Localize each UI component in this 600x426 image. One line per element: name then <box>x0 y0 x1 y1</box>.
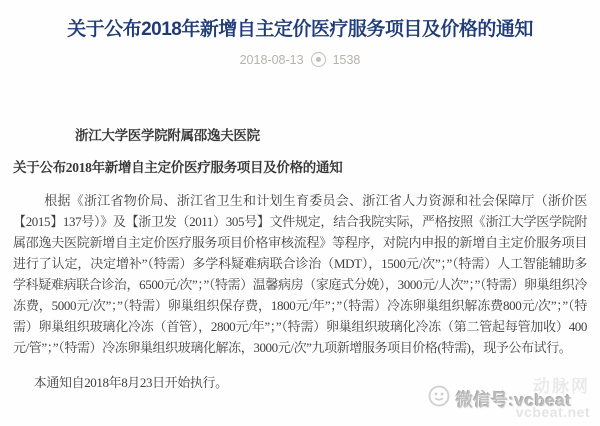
document-body: 浙江大学医学院附属邵逸夫医院 关于公布2018年新增自主定价医疗服务项目及价格的… <box>0 124 600 393</box>
notice-subject-line: 关于公布2018年新增自主定价医疗服务项目及价格的通知 <box>13 156 587 176</box>
article-header: 关于公布2018年新增自主定价医疗服务项目及价格的通知 2018-08-13 1… <box>0 0 600 67</box>
hospital-name-line: 浙江大学医学院附属邵逸夫医院 <box>13 124 587 144</box>
publish-date: 2018-08-13 <box>240 53 304 67</box>
article-page: 关于公布2018年新增自主定价医疗服务项目及价格的通知 2018-08-13 1… <box>0 0 600 426</box>
notice-main-paragraph: 根据《浙江省物价局、浙江省卫生和计划生育委员会、浙江省人力资源和社会保障厅（浙价… <box>13 190 587 358</box>
view-count: 1538 <box>333 53 361 67</box>
watermark-site-text: vcbeat.net <box>516 404 590 420</box>
notice-effective-date-line: 本通知自2018年8月23日开始执行。 <box>13 372 587 393</box>
article-meta: 2018-08-13 1538 <box>0 52 600 67</box>
eye-icon <box>311 52 326 67</box>
page-title: 关于公布2018年新增自主定价医疗服务项目及价格的通知 <box>0 17 600 43</box>
